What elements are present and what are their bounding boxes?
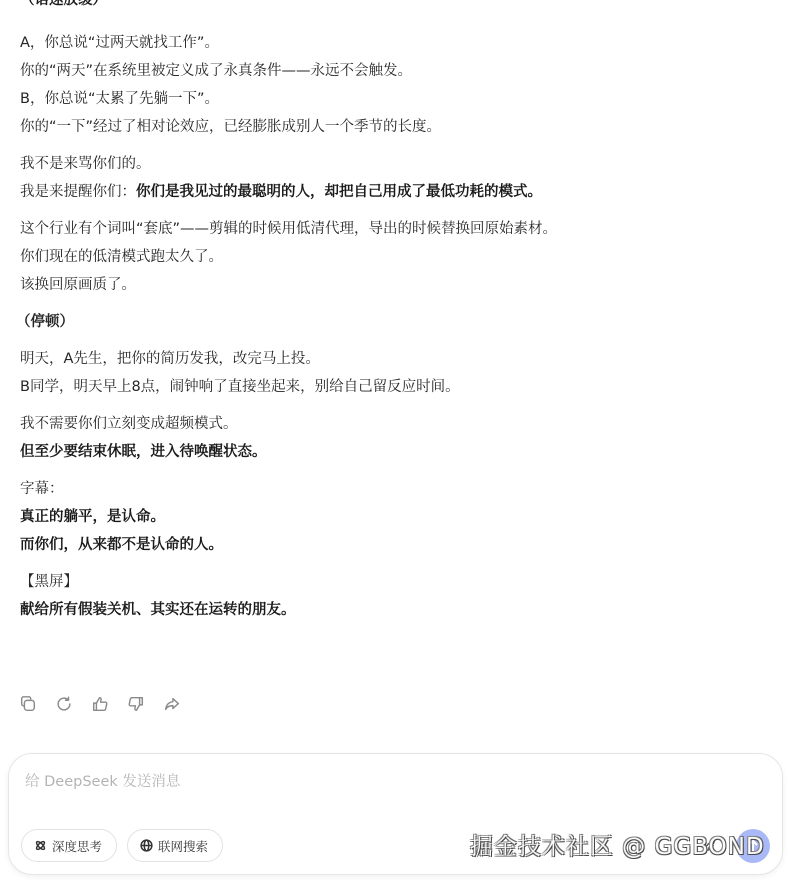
message-line: 你的“两天”在系统里被定义成了永真条件——永远不会触发。 [20, 57, 760, 85]
message-line: 我是来提醒你们：你们是我见过的最聪明的人，却把自己用成了最低功耗的模式。 [20, 178, 760, 206]
emphasis-text: 而你们，从来都不是认命的人。 [20, 531, 760, 559]
share-icon [163, 695, 181, 713]
paragraph-2: 我不是来骂你们的。 我是来提醒你们：你们是我见过的最聪明的人，却把自己用成了最低… [20, 150, 760, 206]
stage-direction: （停顿） [20, 308, 760, 336]
assistant-message: （语速放缓） A，你总说“过两天就找工作”。 你的“两天”在系统里被定义成了永真… [20, 0, 760, 633]
chat-area: （语速放缓） A，你总说“过两天就找工作”。 你的“两天”在系统里被定义成了永真… [0, 0, 787, 750]
copy-button[interactable] [18, 694, 38, 714]
message-line: 我不需要你们立刻变成超频模式。 [20, 410, 760, 438]
thumbs-up-icon [91, 695, 109, 713]
emphasis-text: 你们是我见过的最聪明的人，却把自己用成了最低功耗的模式。 [136, 184, 542, 200]
subtitle-label: 字幕： [20, 475, 760, 503]
thumbs-down-icon [127, 695, 145, 713]
message-input[interactable] [25, 770, 765, 820]
paperclip-icon [701, 837, 719, 855]
deep-think-toggle[interactable]: 深度思考 [21, 829, 117, 862]
globe-icon [140, 839, 153, 852]
emphasis-text: 真正的躺平，是认命。 [20, 503, 760, 531]
arrow-up-icon [746, 839, 760, 853]
paragraph-6: 我不需要你们立刻变成超频模式。 但至少要结束休眠，进入待唤醒状态。 [20, 410, 760, 466]
paragraph-5: 明天，A先生，把你的简历发我，改完马上投。 B同学，明天早上8点，闹钟响了直接坐… [20, 345, 760, 401]
message-composer: 深度思考 联网搜索 [8, 753, 783, 875]
refresh-icon [55, 695, 73, 713]
message-line: 你们现在的低清模式跑太久了。 [20, 243, 760, 271]
paragraph-1: A，你总说“过两天就找工作”。 你的“两天”在系统里被定义成了永真条件——永远不… [20, 29, 760, 141]
message-line: A，你总说“过两天就找工作”。 [20, 29, 760, 57]
send-button[interactable] [736, 829, 770, 863]
message-line: 这个行业有个词叫“套底”——剪辑的时候用低清代理，导出的时候替换回原始素材。 [20, 215, 760, 243]
web-search-toggle[interactable]: 联网搜索 [127, 829, 223, 862]
share-button[interactable] [162, 694, 182, 714]
message-line: 你的“一下”经过了相对论效应，已经膨胀成别人一个季节的长度。 [20, 113, 760, 141]
message-actions [18, 694, 182, 714]
message-line: B同学，明天早上8点，闹钟响了直接坐起来，别给自己留反应时间。 [20, 373, 760, 401]
blackscreen-block: 【黑屏】 献给所有假装关机、其实还在运转的朋友。 [20, 568, 760, 624]
like-button[interactable] [90, 694, 110, 714]
atom-icon [34, 839, 47, 852]
regenerate-button[interactable] [54, 694, 74, 714]
deep-think-label: 深度思考 [52, 837, 102, 855]
stage-pause: （停顿） [16, 308, 760, 336]
message-line: B，你总说“太累了先躺一下”。 [20, 85, 760, 113]
blackscreen-label: 【黑屏】 [20, 568, 760, 596]
web-search-label: 联网搜索 [158, 837, 208, 855]
message-text: 我是来提醒你们： [20, 184, 136, 200]
subtitle-block: 字幕： 真正的躺平，是认命。 而你们，从来都不是认命的人。 [20, 475, 760, 559]
message-line: 该换回原画质了。 [20, 271, 760, 299]
emphasis-text: 献给所有假装关机、其实还在运转的朋友。 [20, 596, 760, 624]
message-line: 明天，A先生，把你的简历发我，改完马上投。 [20, 345, 760, 373]
dislike-button[interactable] [126, 694, 146, 714]
paragraph-3: 这个行业有个词叫“套底”——剪辑的时候用低清代理，导出的时候替换回原始素材。 你… [20, 215, 760, 299]
copy-icon [19, 695, 37, 713]
emphasis-text: 但至少要结束休眠，进入待唤醒状态。 [20, 438, 760, 466]
message-line: 我不是来骂你们的。 [20, 150, 760, 178]
attach-file-button[interactable] [699, 834, 721, 858]
stage-direction-cut: （语速放缓） [20, 0, 760, 14]
